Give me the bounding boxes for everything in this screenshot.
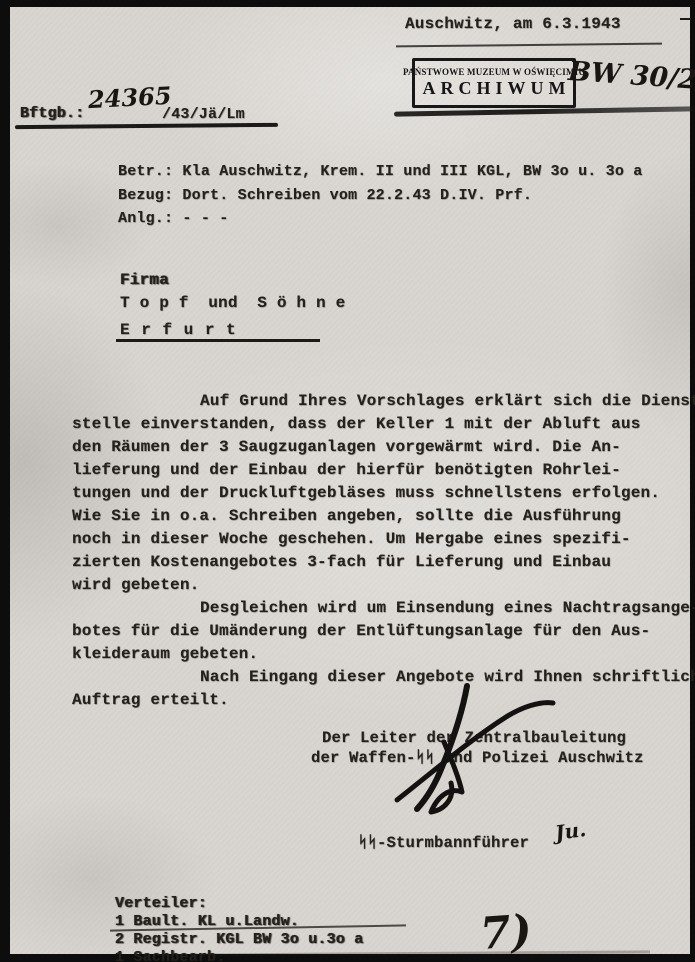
ss-runes: ᛋᛋ — [416, 748, 435, 766]
rank-text: -Sturmbannführer — [377, 834, 529, 852]
ss-runes-rank: ᛋᛋ — [358, 833, 377, 851]
body-line: botes für die Umänderung der Entlüftungs… — [72, 620, 680, 643]
recipient-name: T o p f und S ö h n e — [120, 294, 345, 312]
signature-title-line2-prefix: der Waffen- — [311, 749, 416, 767]
body-line: kleideraum gebeten. — [72, 643, 680, 666]
signature-title-line2-suffix: und Polizei Auschwitz — [435, 749, 644, 767]
signature-title-line1: Der Leiter der Zentralbauleitung — [322, 729, 626, 747]
body-line: noch in dieser Woche geschehen. Um Herga… — [72, 528, 680, 551]
recipient-firma: Firma — [120, 271, 169, 289]
body-line: lieferung und der Einbau der hierfür ben… — [72, 459, 680, 482]
stamp-archiwum-line: ARCHIWUM — [418, 78, 571, 99]
scan-artifact-line-footer — [190, 950, 650, 956]
body-line: stelle einverstanden, dass der Keller 1 … — [72, 413, 680, 436]
archive-stamp: PAŃSTWOWE MUZEUM W OŚWIĘCIMIU ARCHIWUM — [412, 58, 576, 108]
stamp-museum-line: PAŃSTWOWE MUZEUM W OŚWIĘCIMIU — [403, 67, 585, 77]
file-ref-underline — [15, 123, 278, 129]
body-line: wird gebeten. — [72, 574, 680, 597]
signature-title-line2: der Waffen-ᛋᛋ und Polizei Auschwitz — [311, 748, 644, 767]
body-line: Nach Eingang dieser Angebote wird Ihnen … — [72, 666, 680, 689]
scanned-document-page: Auschwitz, am 6.3.1943 PAŃSTWOWE MUZEUM … — [0, 0, 695, 962]
file-ref-handwritten-number: 24365 — [87, 81, 172, 114]
bezug-line: Bezug: Dort. Schreiben vom 22.2.43 D.IV.… — [118, 187, 532, 204]
recipient-city: E r f u r t — [120, 321, 237, 339]
scan-artifact-line-top — [396, 43, 662, 48]
handwritten-initials: Ju. — [553, 817, 587, 845]
distribution-item: 2 Registr. KGL BW 3o u.3o a — [115, 931, 363, 948]
handwritten-archive-ref: BW 30/25 — [567, 56, 695, 97]
body-line: Auf Grund Ihres Vorschlages erklärt sich… — [72, 390, 680, 413]
body-line: den Räumen der 3 Saugzuganlagen vorgewär… — [72, 436, 680, 459]
anlagen-line: Anlg.: - - - — [118, 210, 228, 227]
recipient-city-underline — [116, 339, 320, 342]
body-line: Auftrag erteilt. — [72, 689, 680, 712]
file-ref-prefix: Bftgb.: — [20, 105, 84, 122]
body-line: tungen und der Druckluftgebläses muss sc… — [72, 482, 680, 505]
scan-artifact-dash — [680, 18, 691, 20]
body-line: Wie Sie in o.a. Schreiben angeben, sollt… — [72, 505, 680, 528]
letter-body: Auf Grund Ihres Vorschlages erklärt sich… — [72, 390, 680, 712]
paper-background: Auschwitz, am 6.3.1943 PAŃSTWOWE MUZEUM … — [10, 7, 690, 954]
betreff-line: Betr.: Kla Auschwitz, Krem. II und III K… — [118, 163, 642, 180]
body-line: zierten Kostenangebotes 3-fach für Liefe… — [72, 551, 680, 574]
file-ref-suffix: /43/Jä/Lm — [162, 106, 245, 123]
body-line: Desgleichen wird um Einsendung eines Nac… — [72, 597, 680, 620]
rank-line: ᛋᛋ-Sturmbannführer — [358, 833, 529, 852]
distribution-heading: Verteiler: — [115, 895, 207, 912]
dateline: Auschwitz, am 6.3.1943 — [405, 15, 621, 33]
